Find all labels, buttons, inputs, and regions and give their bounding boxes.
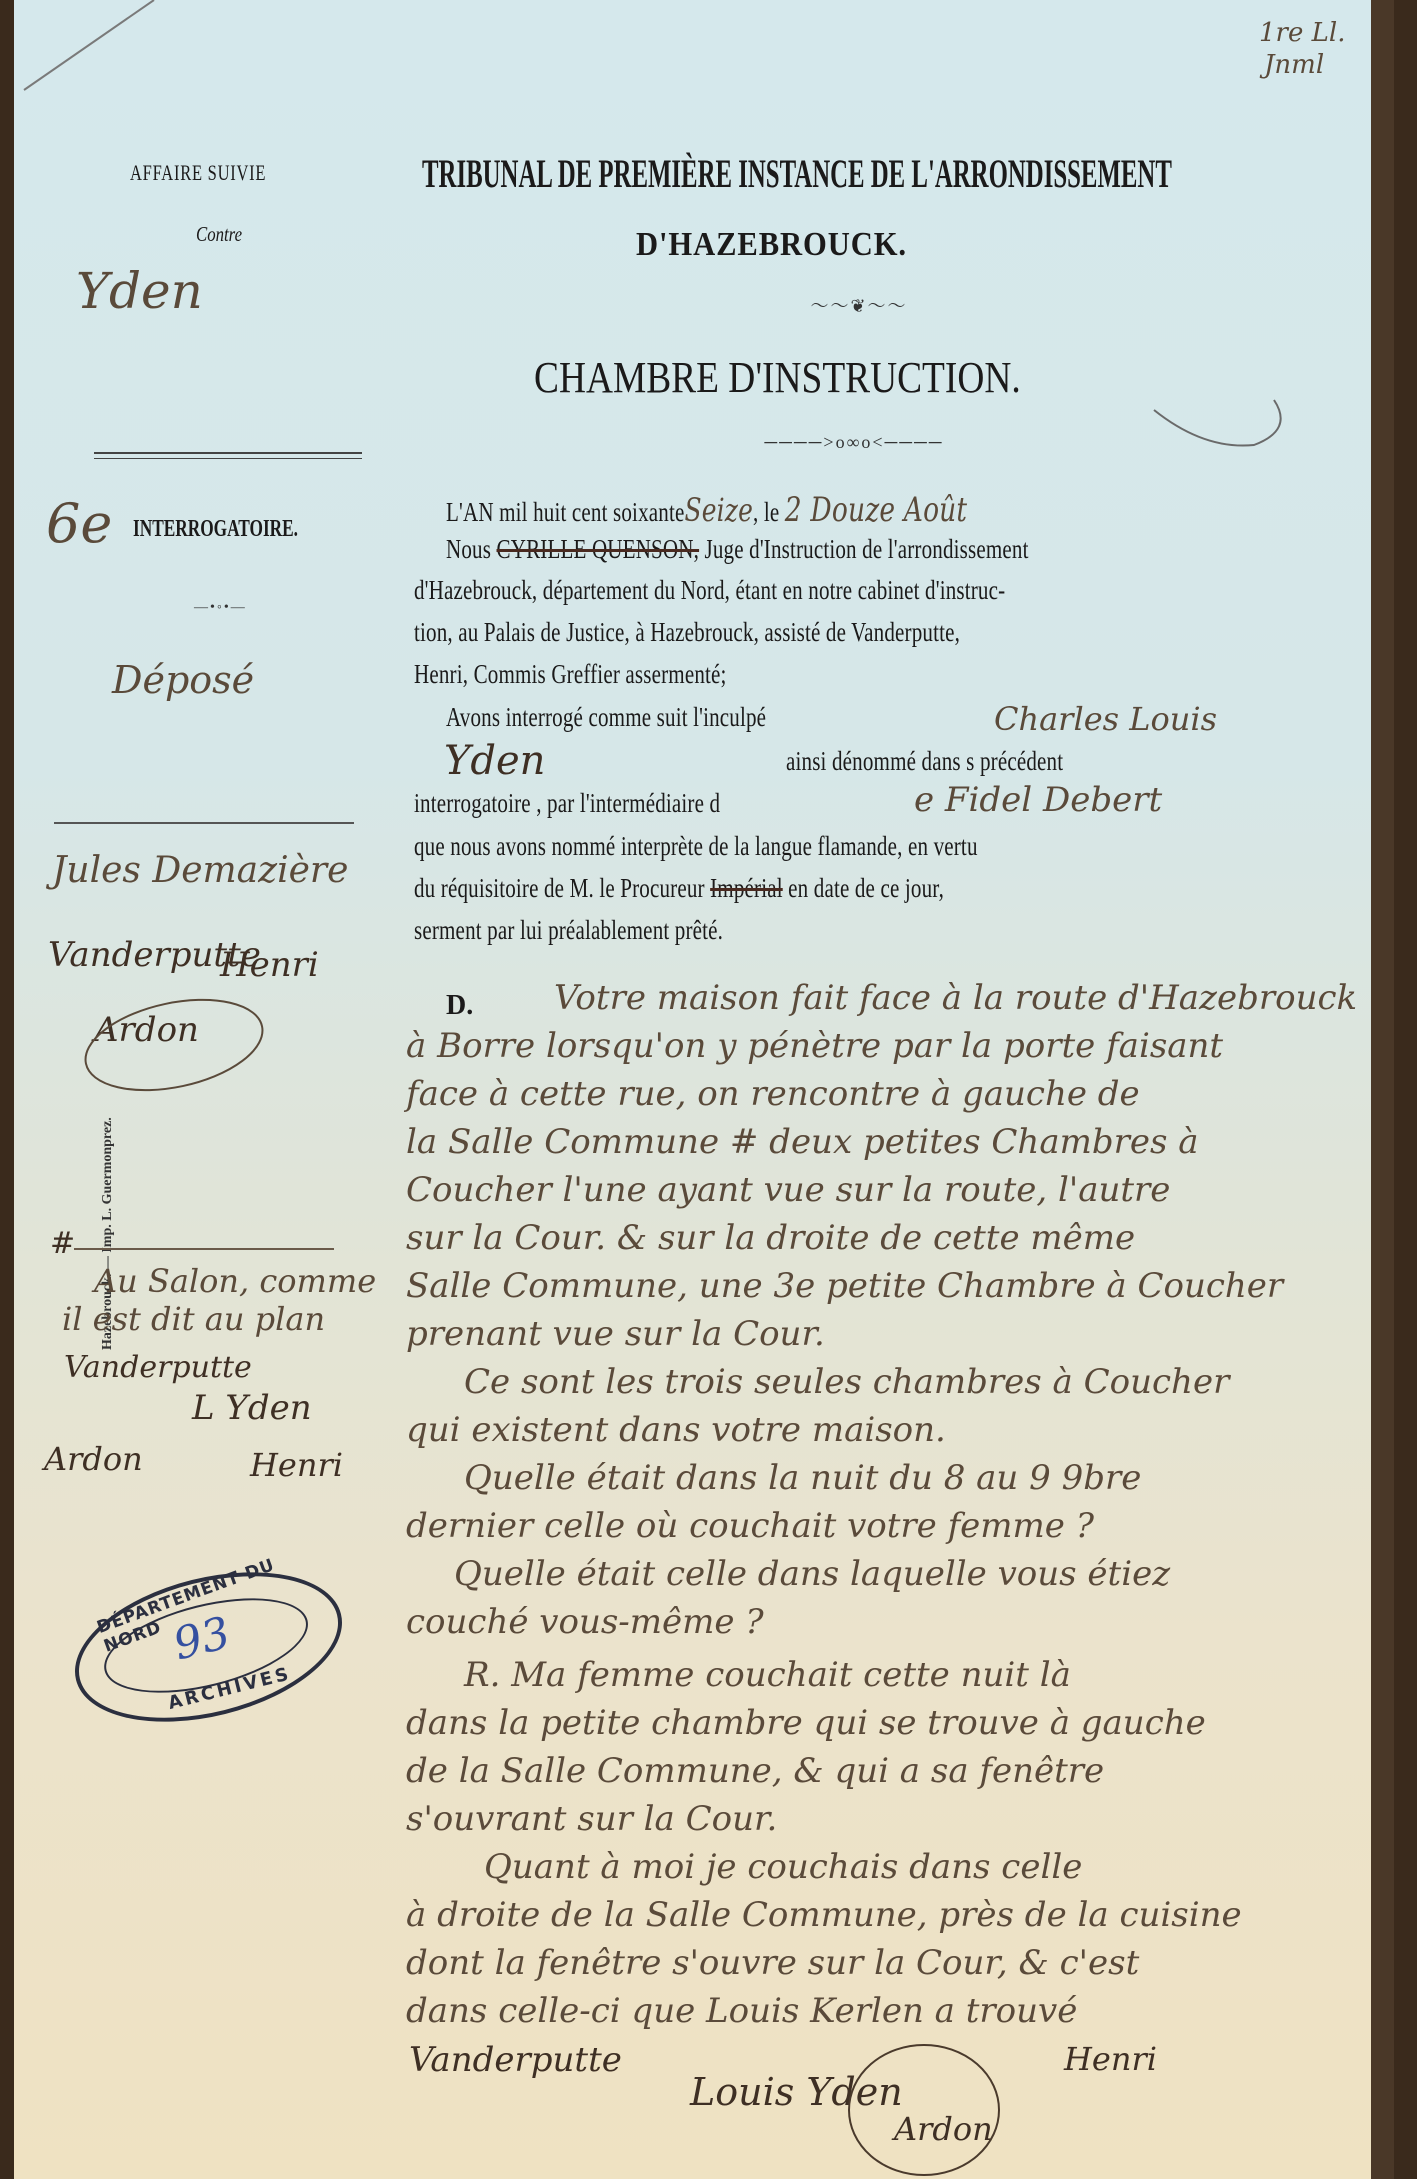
tribunal-title: TRIBUNAL DE PREMIÈRE INSTANCE DE L'ARRON… (422, 150, 1172, 197)
margin-signature-vanderputte-2: Vanderputte (64, 1350, 252, 1385)
answer-line: à droite de la Salle Commune, près de la… (406, 1895, 1242, 1935)
question-line: dernier celle où couchait votre femme ? (406, 1506, 1094, 1546)
answer-line: dont la fenêtre s'ouvre sur la Cour, & c… (406, 1943, 1139, 1983)
question-line: face à cette rue, on rencontre à gauche … (406, 1074, 1140, 1114)
document-page: 1re Ll. Jnml AFFAIRE SUIVIE Contre Yden … (14, 0, 1394, 2179)
preamble-line-5: Henri, Commis Greffier assermenté; (414, 659, 815, 690)
subtitle-ornament-icon: ────>o∞o<──── (664, 432, 1044, 453)
question-line: sur la Cour. & sur la droite de cette mê… (406, 1218, 1135, 1258)
pencil-flourish-icon (1144, 390, 1304, 470)
ordinal-hand: 6e (46, 492, 112, 555)
pencil-stroke-icon (14, 0, 174, 100)
page-edge (1371, 0, 1394, 2179)
question-line: Coucher l'une ayant vue sur la route, l'… (406, 1170, 1170, 1210)
margin-signature-henri: Henri (220, 945, 319, 985)
preamble-line-3: d'Hazebrouck, département du Nord, étant… (414, 575, 1172, 606)
depose-hand: Déposé (112, 658, 254, 702)
question-line: Salle Commune, une 3e petite Chambre à C… (406, 1266, 1283, 1306)
margin-line (54, 822, 354, 824)
hand-date: 2 Douze Août (785, 490, 967, 530)
answer-line: dans la petite chambre qui se trouve à g… (406, 1703, 1206, 1743)
margin-note-line2: il est dit au plan (62, 1300, 325, 1338)
signature-vanderputte: Vanderputte (409, 2040, 622, 2080)
margin-signature-yden: L Yden (192, 1388, 312, 1428)
double-rule-bottom (94, 458, 362, 459)
corner-note-line1: 1re Ll. (1259, 18, 1345, 48)
hazebrouck-title: D'HAZEBROUCK. (636, 226, 907, 264)
signature-henri: Henri (1064, 2040, 1157, 2078)
hand-interpreter-name: e Fidel Debert (914, 780, 1162, 820)
answer-line: Quant à moi je couchais dans celle (484, 1847, 1082, 1887)
preamble-line-6: Avons interrogé comme suit l'inculpé (446, 702, 856, 733)
answer-line: dans celle-ci que Louis Kerlen a trouvé (406, 1991, 1077, 2031)
signature-circle-icon (824, 2030, 1024, 2179)
question-line: Ce sont les trois seules chambres à Couc… (464, 1362, 1229, 1402)
preamble-line-9: que nous avons nommé interprète de la la… (414, 831, 1137, 862)
question-line: prenant vue sur la Cour. (406, 1314, 825, 1354)
preamble-line-4: tion, au Palais de Justice, à Hazebrouck… (414, 617, 1114, 648)
contre-label: Contre (196, 222, 242, 247)
question-line: Quelle était celle dans laquelle vous ét… (454, 1554, 1170, 1594)
struck-judge-name: CYRILLE QUENSON, (497, 534, 700, 564)
margin-signature-demaziere: Jules Demazière (52, 850, 348, 891)
header-ornament-icon: ～～❦～～ (714, 292, 1004, 318)
interrogatoire-label: INTERROGATOIRE. (133, 516, 298, 543)
question-line: la Salle Commune # deux petites Chambres… (406, 1122, 1199, 1162)
corner-note-line2: Jnml (1264, 50, 1324, 80)
margin-note-line (74, 1248, 334, 1250)
question-label: D. (446, 990, 473, 1022)
question-line: Votre maison fait face à la route d'Haze… (554, 978, 1357, 1018)
margin-note-marker: # (50, 1226, 75, 1261)
inculpe-label: Avons interrogé comme suit l'inculpé (446, 702, 766, 732)
question-line: couché vous-même ? (406, 1602, 764, 1642)
preamble-line-1: L'AN mil huit cent soixanteSeize, le 2 D… (446, 490, 1114, 530)
preamble-line-11: serment par lui préalablement prêté. (414, 915, 810, 946)
preamble-line-2: Nous CYRILLE QUENSON, Juge d'Instruction… (446, 534, 1193, 565)
answer-line: s'ouvrant sur la Cour. (406, 1799, 777, 1839)
question-line: qui existent dans votre maison. (406, 1410, 946, 1450)
preamble-year-label: L'AN mil huit cent soixante (446, 497, 684, 527)
nous-label: Nous (446, 534, 491, 564)
affaire-suivie-label: AFFAIRE SUIVIE (130, 160, 266, 186)
juge-label: Juge d'Instruction de l'arrondissement (704, 534, 1028, 564)
chambre-instruction-title: CHAMBRE D'INSTRUCTION. (534, 352, 1021, 403)
double-rule-top (94, 452, 362, 454)
preamble-le-label: , le (753, 497, 779, 527)
struck-imperial: Impérial (710, 873, 783, 903)
answer-line: R. Ma femme couchait cette nuit là (464, 1655, 1071, 1695)
signature-flourish-icon (74, 990, 274, 1100)
accused-name-hand: Yden (76, 262, 203, 320)
small-ornament-icon: —•◦•— (194, 600, 247, 616)
answer-line: de la Salle Commune, & qui a sa fenêtre (406, 1751, 1104, 1791)
hand-accused-first-names: Charles Louis (994, 700, 1217, 738)
preamble-line-10: du réquisitoire de M. le Procureur Impér… (414, 873, 1094, 904)
question-line: Quelle était dans la nuit du 8 au 9 9bre (464, 1458, 1141, 1498)
question-line: à Borre lorsqu'on y pénètre par la porte… (406, 1026, 1223, 1066)
margin-signature-ardon-2: Ardon (44, 1440, 143, 1478)
preamble-line-8: interrogatoire , par l'intermédiaire d (414, 788, 807, 819)
hand-year: Seize (684, 491, 753, 529)
margin-note-line1: Au Salon, comme (94, 1262, 376, 1300)
margin-signature-henri-2: Henri (250, 1446, 343, 1484)
preamble-line-7: ainsi dénommé dans s précédent (786, 746, 1141, 777)
hand-accused-surname: Yden (444, 738, 545, 784)
archives-stamp: DÉPARTEMENT DU NORD 93 ARCHIVES (59, 1547, 357, 1747)
